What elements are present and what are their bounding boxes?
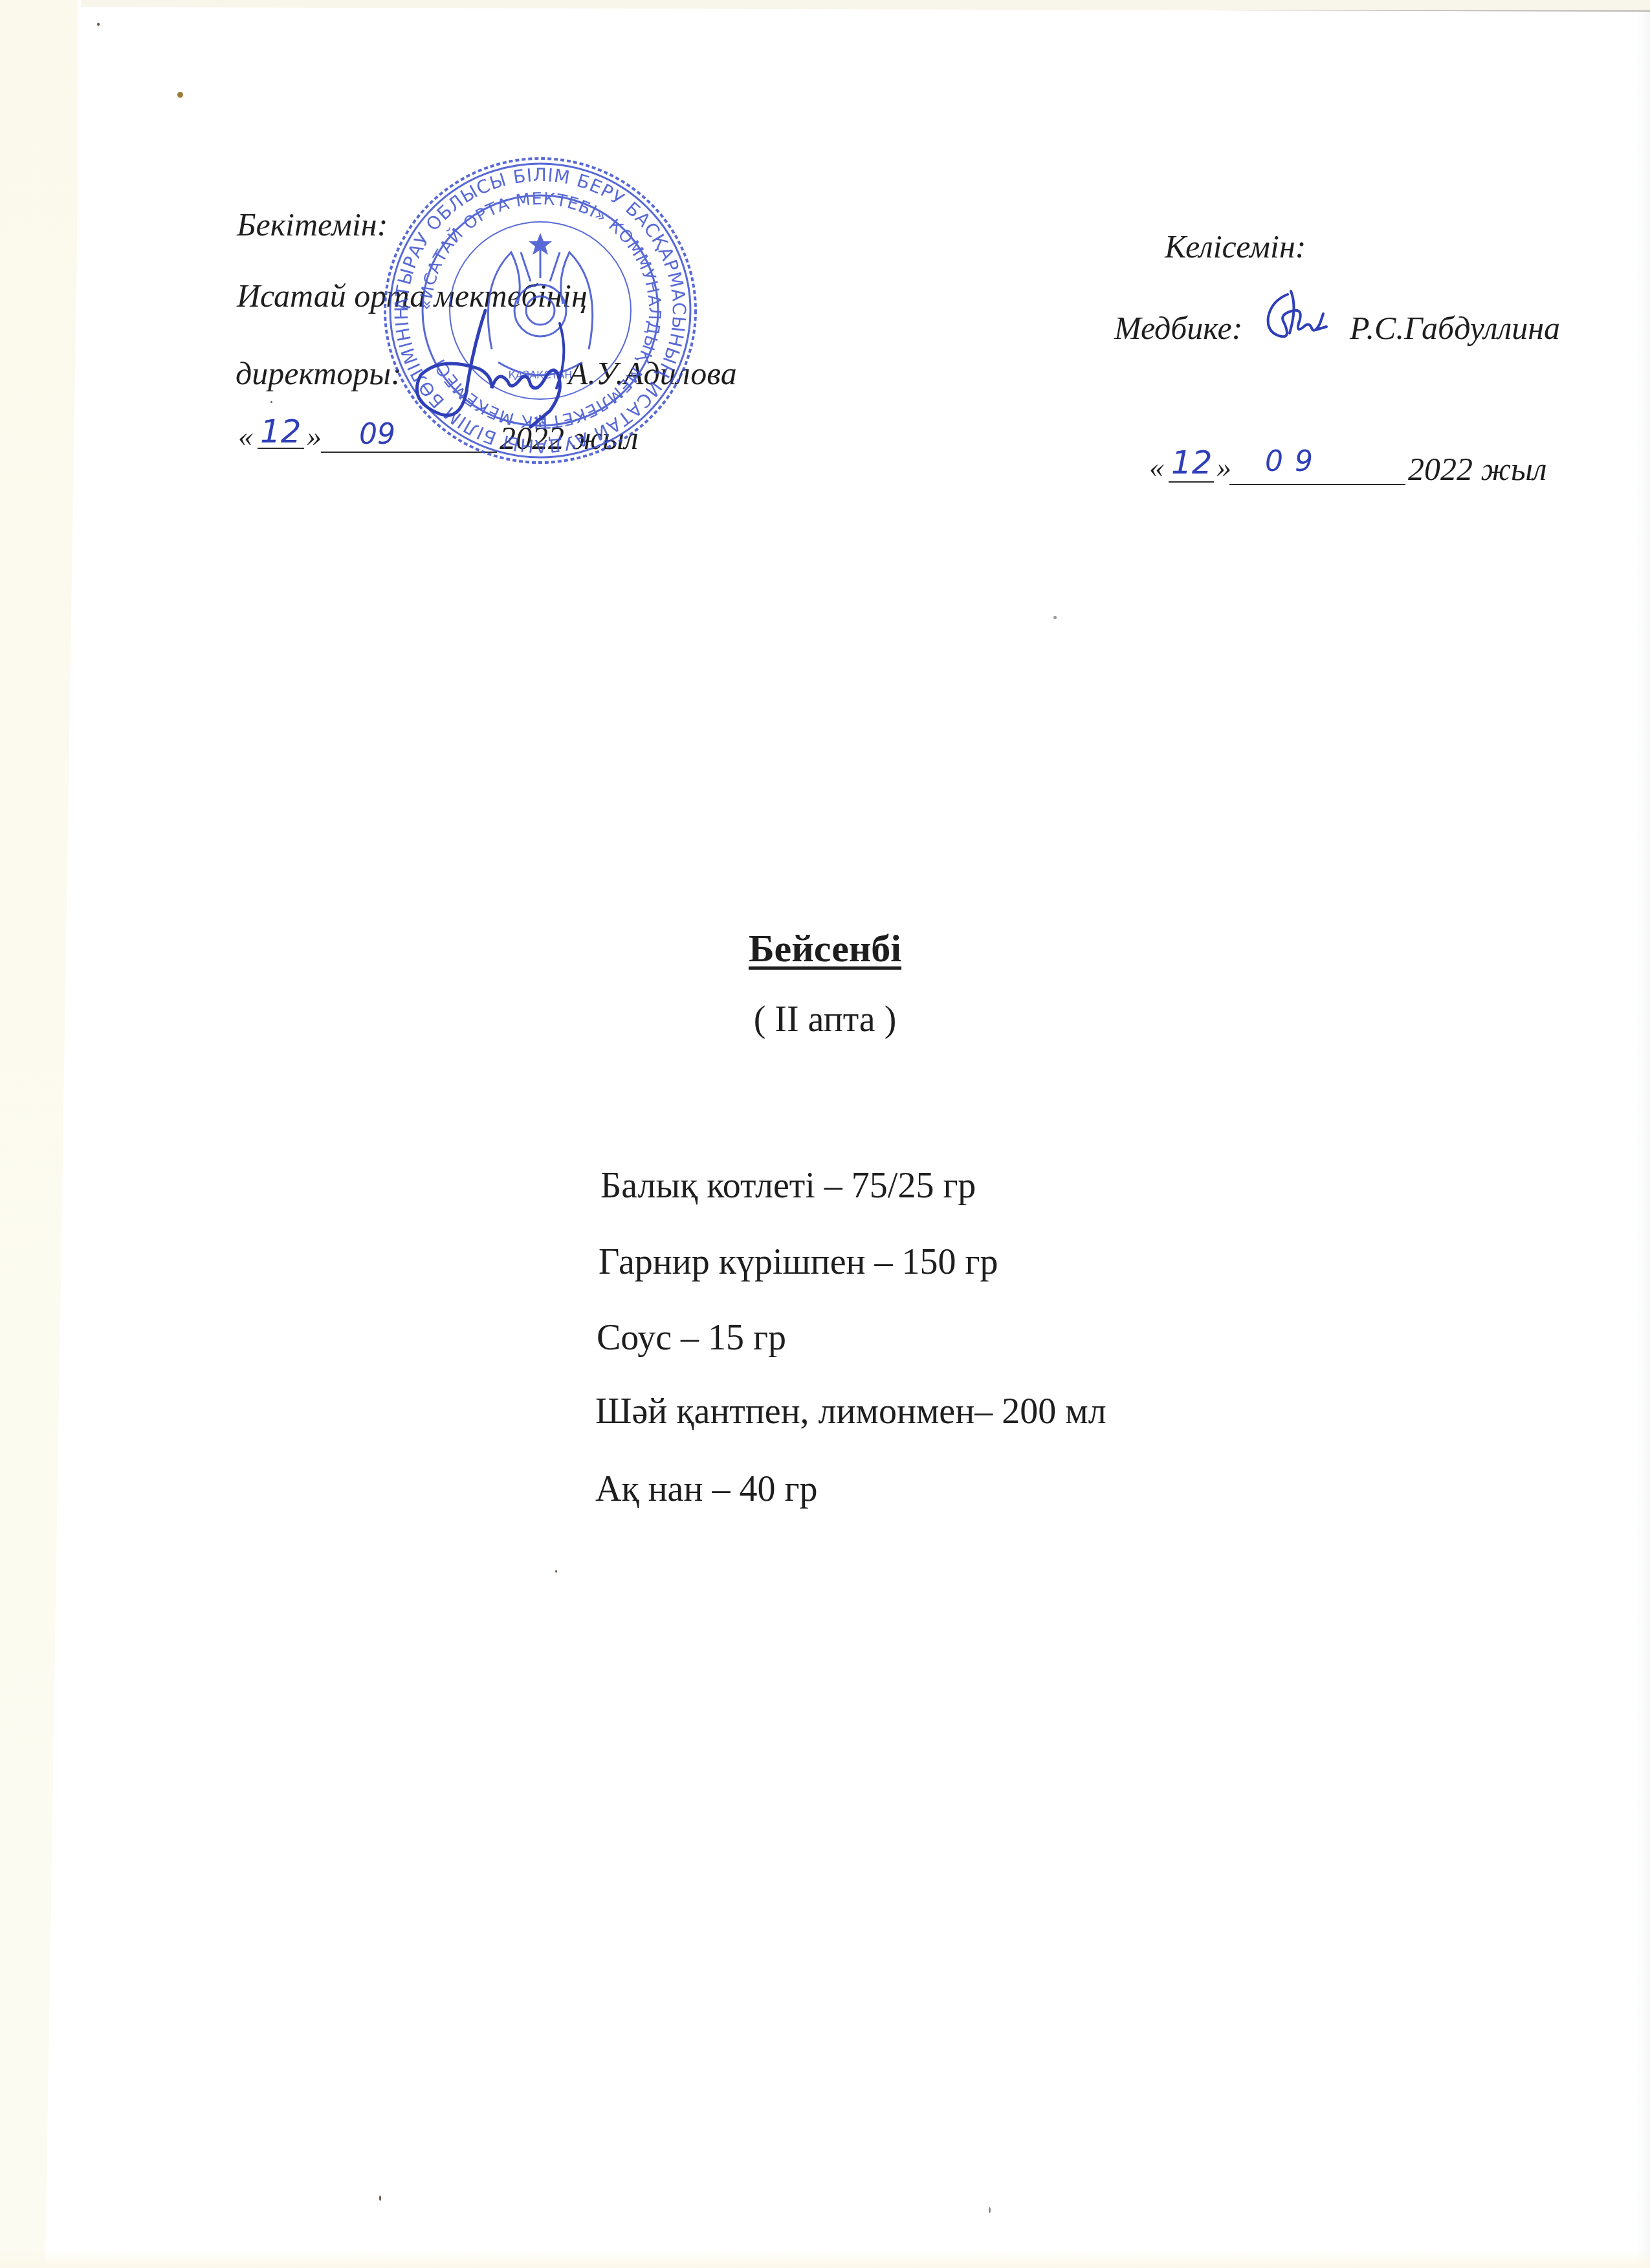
agreement-date-day-handwritten: 12: [1171, 446, 1213, 479]
scan-speck: [555, 1570, 557, 1573]
scan-edge-right: [1636, 12, 1650, 2268]
menu-item: Ақ нан – 40 гр: [595, 1471, 817, 1507]
scan-speck: [989, 2207, 991, 2213]
scan-speck: [379, 2196, 381, 2201]
scan-speck: [97, 23, 100, 26]
date-day-handwritten: 12: [260, 415, 302, 448]
agreement-date-day-underline: [1169, 481, 1214, 483]
menu-item: Соус – 15 гр: [597, 1320, 786, 1356]
week-subtitle: ( II апта ): [0, 1001, 1650, 1038]
nurse-signature-icon: [1259, 288, 1330, 353]
nurse-label: Медбике:: [1114, 312, 1242, 344]
date-open-quote: «: [238, 422, 253, 452]
director-signature-icon: [395, 298, 589, 440]
scan-edge-bottom: [0, 2250, 1650, 2268]
agreement-date-month-underline: [1229, 484, 1405, 485]
agreement-date-open-quote: «: [1149, 453, 1164, 483]
agreement-date-month-handwritten: 09: [1265, 448, 1325, 476]
agreement-heading: Келісемін:: [1165, 230, 1306, 263]
approval-heading: Бекітемін:: [237, 208, 388, 241]
nurse-name: Р.С.Габдуллина: [1350, 312, 1560, 344]
day-title: Бейсенбі: [0, 929, 1650, 968]
agreement-date-year: 2022 жыл: [1408, 453, 1547, 485]
agreement-date-close-quote: »: [1216, 453, 1231, 483]
date-close-quote: »: [307, 422, 322, 452]
scan-speck: [1053, 616, 1057, 619]
day-title-text: Бейсенбі: [749, 927, 901, 970]
director-label: директоры:: [236, 357, 402, 389]
scan-edge-top: [81, 0, 1650, 12]
menu-item: Гарнир күрішпен – 150 гр: [599, 1244, 998, 1280]
scan-speck: [270, 401, 272, 403]
menu-item: Балық котлеті – 75/25 гр: [600, 1168, 976, 1204]
date-day-underline: [258, 448, 304, 449]
menu-item: Шәй қантпен, лимонмен– 200 мл: [595, 1393, 1106, 1430]
scan-edge-left: [0, 0, 78, 2268]
scan-speck: [177, 92, 183, 98]
